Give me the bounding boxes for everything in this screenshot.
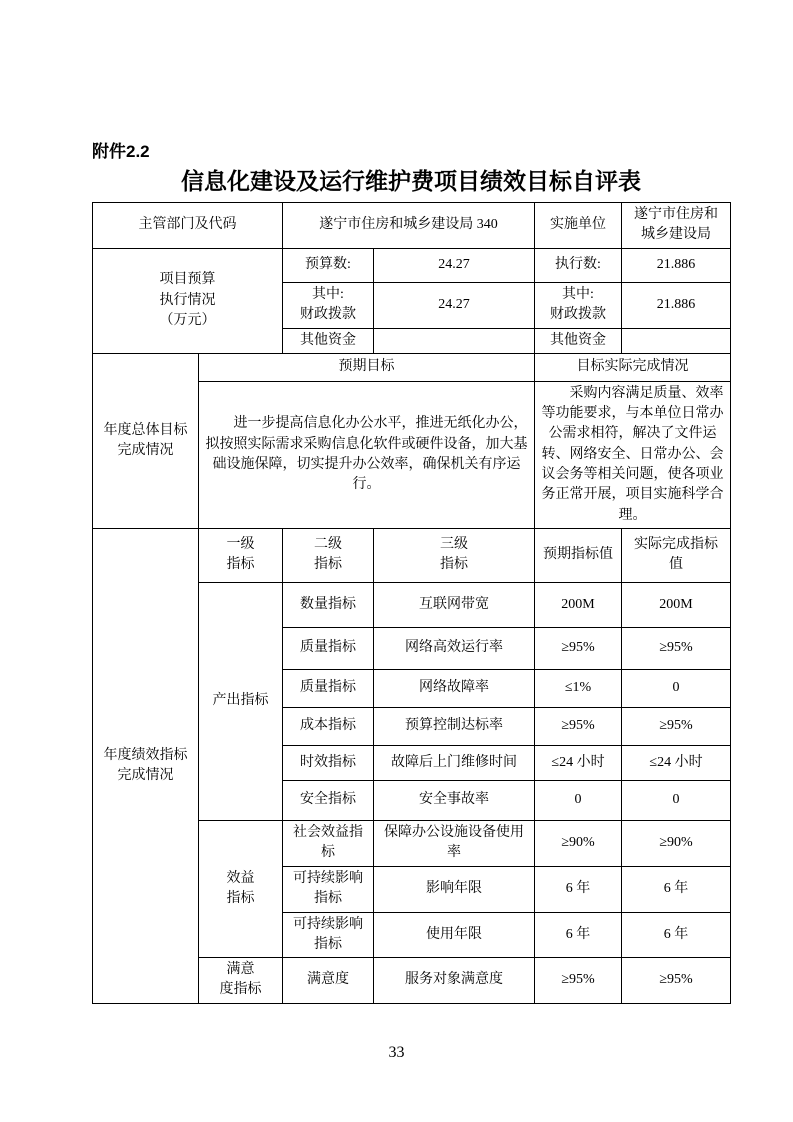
impl-unit-label: 实施单位	[535, 203, 622, 249]
dept-code-value: 遂宁市住房和城乡建设局 340	[283, 203, 535, 249]
dept-row: 主管部门及代码 遂宁市住房和城乡建设局 340 实施单位 遂宁市住房和 城乡建设…	[93, 203, 731, 249]
indicator-actual: 0	[622, 780, 731, 820]
goal-header-row: 年度总体目标 完成情况 预期目标 目标实际完成情况	[93, 353, 731, 381]
budget-fiscal-label-right: 其中: 财政拨款	[535, 282, 622, 328]
impl-unit-value: 遂宁市住房和 城乡建设局	[622, 203, 731, 249]
indicator-l3: 网络故障率	[374, 669, 535, 707]
indicator-header-row: 年度绩效指标 完成情况 一级 指标 二级 指标 三级 指标 预期指标值 实际完成…	[93, 528, 731, 582]
dept-code-label: 主管部门及代码	[93, 203, 283, 249]
attachment-label: 附件2.2	[92, 140, 793, 164]
level1-header: 一级 指标	[199, 528, 283, 582]
indicator-expected: ≥95%	[535, 627, 622, 669]
indicator-expected: 6 年	[535, 866, 622, 912]
indicator-l3: 保障办公设施设备使用 率	[374, 820, 535, 866]
indicator-l2: 可持续影响 指标	[283, 866, 374, 912]
actual-value-header: 实际完成指标 值	[622, 528, 731, 582]
self-eval-table: 主管部门及代码 遂宁市住房和城乡建设局 340 实施单位 遂宁市住房和 城乡建设…	[92, 202, 731, 1004]
indicator-actual: ≥95%	[622, 627, 731, 669]
budget-fiscal-label-left: 其中: 财政拨款	[283, 282, 374, 328]
indicator-l3: 预算控制达标率	[374, 707, 535, 745]
budget-executed-label: 执行数:	[535, 248, 622, 282]
indicator-expected: 6 年	[535, 912, 622, 958]
budget-other-value-left	[374, 328, 535, 353]
level2-header: 二级 指标	[283, 528, 374, 582]
indicator-l3: 故障后上门维修时间	[374, 745, 535, 780]
indicator-l3: 使用年限	[374, 912, 535, 958]
indicator-actual: ≤24 小时	[622, 745, 731, 780]
budget-row-1: 项目预算 执行情况 （万元） 预算数: 24.27 执行数: 21.886	[93, 248, 731, 282]
document-page: 附件2.2 信息化建设及运行维护费项目绩效目标自评表 主管部门及代码 遂宁市住房…	[0, 0, 793, 1004]
page-title: 信息化建设及运行维护费项目绩效目标自评表	[92, 166, 730, 196]
indicator-l2: 可持续影响 指标	[283, 912, 374, 958]
output-indicator-group-label: 产出指标	[199, 582, 283, 820]
actual-goal-header: 目标实际完成情况	[535, 353, 731, 381]
indicator-l2: 质量指标	[283, 627, 374, 669]
expected-goal-text: 进一步提高信息化办公水平，推进无纸化办公，拟按照实际需求采购信息化软件或硬件设备…	[199, 381, 535, 528]
satisfaction-indicator-group-label: 满意 度指标	[199, 958, 283, 1004]
indicator-l3: 互联网带宽	[374, 582, 535, 627]
indicator-l2: 质量指标	[283, 669, 374, 707]
budget-planned-value: 24.27	[374, 248, 535, 282]
budget-fiscal-value-left: 24.27	[374, 282, 535, 328]
budget-other-label-right: 其他资金	[535, 328, 622, 353]
indicator-actual: 200M	[622, 582, 731, 627]
indicator-actual: ≥90%	[622, 820, 731, 866]
indicator-l2: 数量指标	[283, 582, 374, 627]
expected-goal-header: 预期目标	[199, 353, 535, 381]
budget-other-label-left: 其他资金	[283, 328, 374, 353]
indicator-l2: 满意度	[283, 958, 374, 1004]
indicator-expected: ≤1%	[535, 669, 622, 707]
indicator-actual: ≥95%	[622, 958, 731, 1004]
indicator-expected: ≥90%	[535, 820, 622, 866]
level3-header: 三级 指标	[374, 528, 535, 582]
budget-executed-value: 21.886	[622, 248, 731, 282]
indicator-l3: 影响年限	[374, 866, 535, 912]
indicator-l2: 时效指标	[283, 745, 374, 780]
budget-planned-label: 预算数:	[283, 248, 374, 282]
budget-section-label: 项目预算 执行情况 （万元）	[93, 248, 283, 353]
indicator-actual: 6 年	[622, 912, 731, 958]
indicator-expected: ≥95%	[535, 707, 622, 745]
expected-value-header: 预期指标值	[535, 528, 622, 582]
actual-goal-text: 采购内容满足质量、效率等功能要求，与本单位日常办公需求相符，解决了文件运转、网络…	[535, 381, 731, 528]
performance-section-label: 年度绩效指标 完成情况	[93, 528, 199, 1003]
indicator-expected: 0	[535, 780, 622, 820]
budget-other-value-right	[622, 328, 731, 353]
indicator-expected: 200M	[535, 582, 622, 627]
indicator-l2: 成本指标	[283, 707, 374, 745]
indicator-expected: ≤24 小时	[535, 745, 622, 780]
budget-fiscal-value-right: 21.886	[622, 282, 731, 328]
annual-goal-section-label: 年度总体目标 完成情况	[93, 353, 199, 528]
indicator-actual: 0	[622, 669, 731, 707]
indicator-l3: 安全事故率	[374, 780, 535, 820]
indicator-l3: 网络高效运行率	[374, 627, 535, 669]
indicator-actual: 6 年	[622, 866, 731, 912]
indicator-expected: ≥95%	[535, 958, 622, 1004]
indicator-l2: 社会效益指 标	[283, 820, 374, 866]
indicator-actual: ≥95%	[622, 707, 731, 745]
page-number: 33	[0, 1044, 793, 1062]
indicator-l2: 安全指标	[283, 780, 374, 820]
benefit-indicator-group-label: 效益 指标	[199, 820, 283, 957]
indicator-l3: 服务对象满意度	[374, 958, 535, 1004]
